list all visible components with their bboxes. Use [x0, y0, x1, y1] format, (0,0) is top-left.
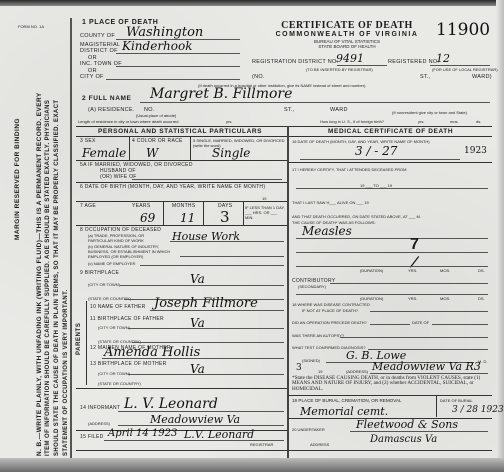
spouse-label: 5a IF MARRIED, WIDOWED, OR DIVORCED — [80, 162, 193, 168]
date-of-death-year: 1923 — [464, 146, 487, 156]
margin-binding-note: MARGIN RESERVED FOR BINDING — [14, 118, 21, 240]
sign-date-value: 3 — [296, 363, 302, 373]
undertaker-address-label: ADDRESS — [310, 442, 329, 447]
margin-instruction-3: SHOULD STATE THE CAUSE OF DEATH IN PLAIN… — [54, 100, 60, 456]
residence-note: (Usual place of abode) — [136, 113, 176, 118]
informant-address-value: Meadowview Va — [150, 413, 240, 426]
board-line: STATE BOARD OF HEALTH — [272, 44, 422, 49]
physician-address-label: (ADDRESS) — [346, 369, 368, 374]
duration-mos: MOS. — [440, 296, 450, 301]
ward-label: WARD) — [472, 74, 492, 80]
date-of-birth-label: 6 DATE OF BIRTH (MONTH, DAY, AND YEAR, W… — [80, 184, 265, 190]
mother-birthplace-value: Va — [190, 362, 205, 376]
occupation-trade-value: House Work — [172, 230, 240, 243]
father-birthplace-label: 11 BIRTHPLACE OF FATHER — [90, 316, 164, 322]
marital-status-value: Single — [212, 146, 250, 160]
physician-address-value: Meadowview Va R3 — [372, 360, 481, 373]
residence-ward-label: WARD — [330, 107, 348, 113]
ds-label: ds. — [476, 119, 481, 124]
file-number: 11900 — [436, 20, 490, 40]
mother-birthplace-label: 13 BIRTHPLACE OF MOTHER — [90, 361, 167, 367]
margin-instruction-1: N. B.—WRITE PLAINLY, WITH UNFADING INK (… — [36, 92, 43, 456]
certificate-subtitle: COMMONWEALTH OF VIRGINIA — [272, 31, 422, 38]
sex-value: Female — [82, 146, 126, 160]
yrs-label: yrs. — [226, 119, 232, 124]
registration-district-value: 9491 — [336, 52, 364, 65]
burial-date-label: DATE OF BURIAL — [440, 398, 473, 403]
yrs-label: yrs. — [418, 119, 424, 124]
cause-of-death-value: Measles — [302, 224, 352, 238]
sex-label: 3 SEX — [80, 138, 96, 144]
county-value: Washington — [126, 25, 203, 40]
father-birthplace-value: Va — [190, 316, 205, 330]
employer-label: (c) NAME OF EMPLOYER — [88, 261, 135, 266]
death-certificate-scan: FORM NO. 1A MARGIN RESERVED FOR BINDING … — [0, 0, 504, 472]
signed-label: (SIGNED) — [302, 358, 320, 363]
parents-side-label: PARENTS — [76, 323, 82, 355]
death-occurred-label: AND THAT DEATH OCCURRED, ON DATE STATED … — [292, 214, 421, 219]
undertaker-label: 20 UNDERTAKER — [292, 427, 325, 432]
margin-border — [70, 18, 72, 462]
registered-note: (FOR USE OF LOCAL REGISTRAR) — [432, 67, 498, 72]
mother-bp-city-note: (CITY OR TOWN) — [98, 371, 130, 376]
nonresident-note: (If nonresident give city or town and St… — [392, 110, 467, 115]
where-contracted-label: 18 WHERE WAS DISEASE CONTRACTED — [292, 302, 370, 307]
mother-bp-state-note: (STATE OR COUNTRY) — [98, 381, 141, 386]
st-label: ST., — [420, 74, 431, 80]
registrar-label: REGISTRAR — [250, 442, 273, 447]
medical-certificate-heading: MEDICAL CERTIFICATE OF DEATH — [328, 128, 453, 135]
informant-value: L. V. Leonard — [124, 396, 218, 412]
if-not-place-label: IF NOT AT PLACE OF DEATH? — [302, 308, 358, 313]
how-long-us-label: How long in U. S., if of foreign birth? — [320, 119, 384, 124]
column-divider — [287, 126, 289, 462]
duration-mos: MOS. — [440, 268, 450, 273]
duration-ds: DS. — [478, 268, 485, 273]
county-label: COUNTY OF — [80, 33, 115, 39]
undertaker-address-value: Damascus Va — [370, 434, 437, 445]
birthplace-label: 9 BIRTHPLACE — [80, 270, 119, 276]
reg-district-note: (TO BE INSERTED BY REGISTRAR) — [306, 67, 373, 72]
birthplace-value: Va — [190, 272, 205, 286]
personal-particulars-heading: PERSONAL AND STATISTICAL PARTICULARS — [98, 128, 262, 135]
duration-yrs: YRS. — [408, 296, 417, 301]
mos-label: mos. — [450, 119, 459, 124]
district-label-2: DISTRICT OF — [80, 48, 118, 54]
certificate-title: CERTIFICATE OF DEATH — [272, 20, 422, 31]
occupation-trade-label: (a) TRADE, PROFESSION, OR PARTICULAR KIN… — [88, 233, 170, 243]
no-label: (NO. — [252, 74, 265, 80]
less-than-day-label: IF LESS THAN 1 DAY, ___ HRS. OR ___ MIN. — [245, 205, 285, 220]
age-days-value: 3 — [220, 208, 230, 226]
attended-from-label: 17 I HEREBY CERTIFY, THAT I ATTENDED DEC… — [292, 167, 406, 172]
operation-label: DID AN OPERATION PRECEDE DEATH? — [292, 320, 367, 325]
full-name-label: 2 FULL NAME — [82, 95, 131, 102]
registered-no-value: 12 — [436, 52, 450, 65]
length-of-residence-label: Length of residence in city or town wher… — [78, 119, 179, 124]
father-bp-city-note: (CITY OR TOWN) — [98, 325, 130, 330]
duration-yrs: YRS. — [408, 268, 417, 273]
residence-st-label: ST., — [284, 107, 295, 113]
full-name-value: Margret B. Fillmore — [150, 86, 292, 102]
scan-bottom-edge — [0, 458, 504, 472]
informant-address-label: (ADDRESS) — [88, 421, 110, 426]
place-of-burial-value: Memorial cemt. — [300, 405, 388, 418]
occupation-industry-label: (b) GENERAL NATURE OF INDUSTRY, BUSINESS… — [88, 244, 176, 259]
margin-instruction-2: ITEM OF INFORMATION SHOULD BE CAREFULLY … — [45, 100, 51, 456]
form-stamp: FORM NO. 1A — [18, 24, 44, 29]
city-label: CITY OF — [80, 74, 104, 80]
last-saw-label: THAT I LAST SAW H___ ALIVE ON ___ 19 — [292, 200, 369, 205]
age-label: 7 AGE — [80, 203, 96, 209]
father-name-value: Joseph Fillmore — [154, 296, 258, 311]
months-label: MONTHS — [172, 203, 195, 209]
duration-label: (DURATION) — [360, 296, 383, 301]
color-race-value: W — [146, 146, 158, 160]
undertaker-value: Fleetwood & Sons — [356, 418, 458, 431]
duration-ds: DS. — [478, 296, 485, 301]
place-of-burial-label: 19 PLACE OF BURIAL, CREMATION, OR REMOVA… — [292, 398, 422, 403]
autopsy-label: WAS THERE AN AUTOPSY? — [292, 333, 344, 338]
color-race-label: 4 COLOR OR RACE — [132, 138, 183, 144]
attended-to-label: 19 ___ TO ___ 19 — [360, 183, 392, 188]
informant-label: 14 INFORMANT — [80, 405, 120, 411]
residence-label: (a) RESIDENCE. — [88, 107, 135, 113]
sign-year-prefix: 19 — [318, 369, 322, 374]
duration-label: (DURATION) — [360, 268, 383, 273]
district-value: Kinderhook — [122, 39, 193, 53]
birthplace-city-note: (CITY OR TOWN) — [88, 282, 120, 287]
years-label: YEARS — [132, 203, 150, 209]
father-name-label: 10 NAME OF FATHER — [90, 304, 146, 310]
margin-instruction-4: STATEMENT OF OCCUPATION IS VERY IMPORTAN… — [63, 289, 69, 456]
age-months-value: 11 — [180, 211, 195, 225]
burial-date-value: 3 / 28 1923 — [452, 405, 504, 415]
certificate-header: CERTIFICATE OF DEATH COMMONWEALTH OF VIR… — [272, 20, 422, 49]
scan-top-edge — [0, 0, 504, 6]
operation-date-label: DATE OF — [412, 320, 429, 325]
age-years-value: 69 — [140, 211, 155, 225]
filed-date-value: April 14 1923 — [108, 428, 177, 439]
mother-name-value: Amenda Hollis — [104, 345, 200, 360]
date-of-death-value: 3 / - 27 — [355, 144, 397, 158]
cause-footnote: *State the DISEASE CAUSING DEATH, or in … — [292, 376, 492, 392]
secondary-label: (SECONDARY) — [298, 284, 326, 289]
registration-district-label: REGISTRATION DISTRICT NO. — [252, 59, 338, 65]
filed-label: 15 FILED — [80, 434, 104, 440]
